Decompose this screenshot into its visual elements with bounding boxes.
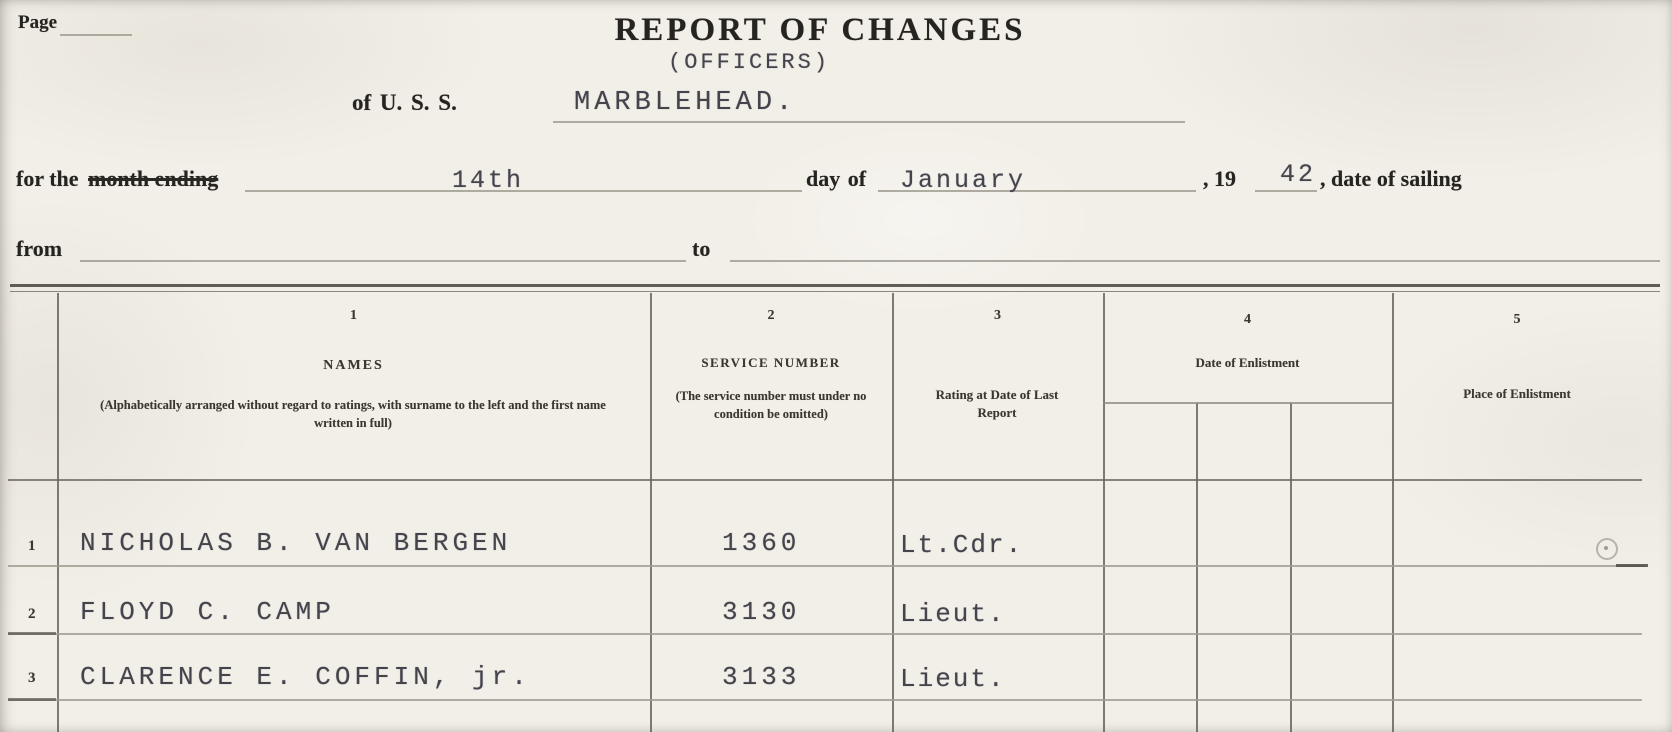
punch-mark [1596,538,1618,560]
rating-value: Lieut. [900,599,1006,629]
row1-rule-dark-tail [1616,564,1648,567]
col3-number: 3 [892,308,1103,324]
sailing-tail-label: , date of sailing [1320,166,1462,192]
header-bottom-rule [8,479,1642,481]
sailing-year-value: 42 [1280,160,1316,189]
officer-name: CLARENCE E. COFFIN, jr. [80,662,531,692]
row-number: 1 [28,538,36,555]
report-title: REPORT OF CHANGES [560,12,1080,49]
col2-title: SERVICE NUMBER [650,355,892,371]
date-header-subdivider [1103,402,1392,404]
row-number: 2 [28,606,36,623]
table-top-rule-thin [10,291,1660,292]
row2-rule-dark-head [8,632,56,635]
ship-name-value: MARBLEHEAD. [574,88,796,118]
sailing-month-value: January [900,166,1026,195]
col5-number: 5 [1392,312,1642,328]
service-number-value: 3130 [722,597,800,627]
sailing-day-value: 14th [452,166,524,195]
report-subtitle: (OFFICERS) [668,50,830,75]
sailing-lead-label: for the [16,166,79,192]
col4-title: Date of Enlistment [1103,355,1392,371]
page-blank-line [60,34,132,36]
to-blank-line [730,260,1660,262]
col4-number: 4 [1103,312,1392,328]
day-of-label: day of [806,166,866,192]
col2-note: (The service number must under no condit… [666,388,876,423]
struck-month-ending: month ending [88,166,218,192]
officer-name: FLOYD C. CAMP [80,597,335,627]
col2-number: 2 [650,308,892,324]
row3-rule [8,699,1642,701]
ship-prefix-label: of U. S. S. [352,90,457,116]
service-number-value: 1360 [722,528,800,558]
from-label: from [16,236,62,262]
col3-title: Rating at Date of Last Report [922,386,1072,422]
page-label: Page [18,12,57,34]
from-blank-line [80,260,686,262]
row3-rule-dark-head [8,698,56,701]
col1-number: 1 [57,308,650,324]
rating-value: Lt.Cdr. [900,530,1023,560]
divider-date-sub2 [1290,403,1292,732]
row1-rule [8,565,1646,567]
officer-name: NICHOLAS B. VAN BERGEN [80,528,511,558]
col5-title: Place of Enlistment [1392,386,1642,402]
col1-title: NAMES [57,358,650,374]
row-number: 3 [28,670,36,687]
to-label: to [692,236,710,262]
service-number-value: 3133 [722,662,800,692]
rating-value: Lieut. [900,664,1006,694]
divider-date-sub1 [1196,403,1198,732]
divider-date-place [1392,293,1394,732]
ship-name-line [553,121,1185,123]
scanned-document: Page REPORT OF CHANGES (OFFICERS) of U. … [0,0,1672,732]
table-top-rule-thick [10,284,1660,287]
divider-service-rating [892,293,894,732]
col1-note: (Alphabetically arranged without regard … [83,396,623,432]
row2-rule [8,633,1642,635]
sailing-year-line [1255,190,1317,192]
year-prefix-label: , 19 [1203,166,1236,192]
